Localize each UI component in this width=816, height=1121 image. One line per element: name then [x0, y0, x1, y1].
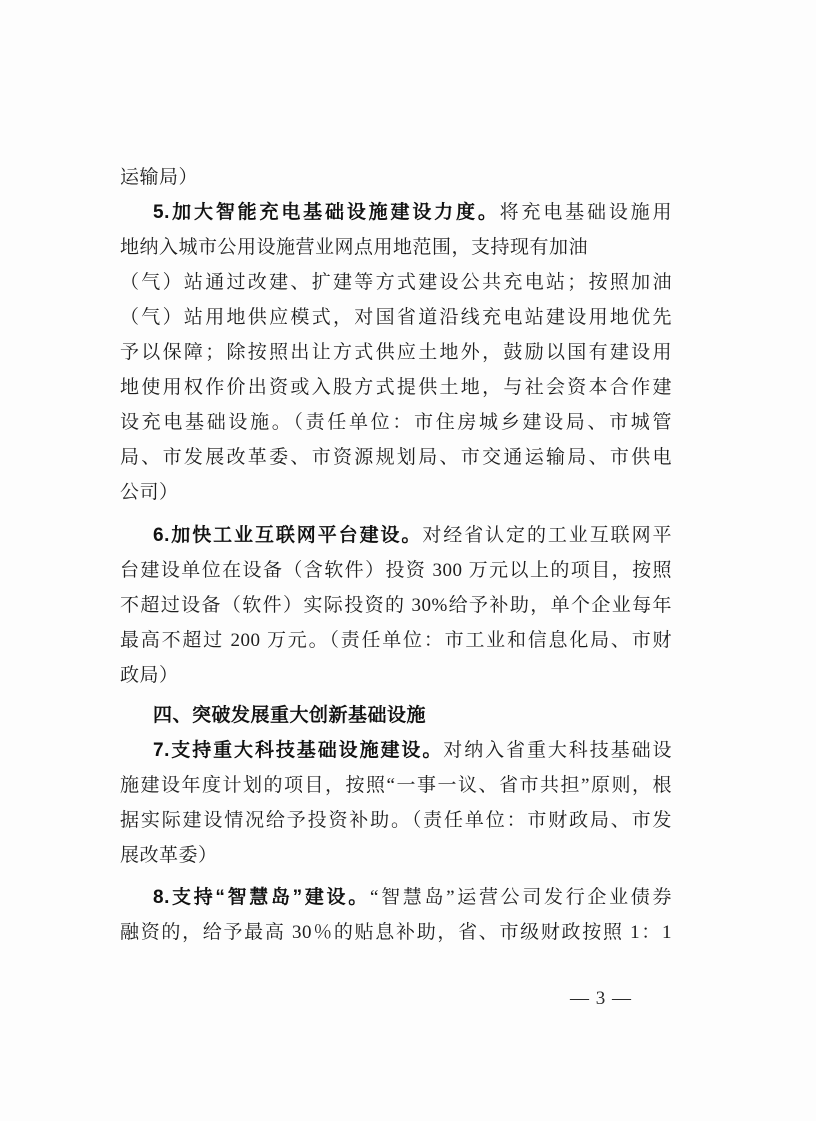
doc-line: 6.加快工业互联网平台建设。对经省认定的工业互联网平: [120, 518, 672, 553]
body-text: 台建设单位在设备（含软件）投资 300 万元以上的项目，按照: [120, 560, 672, 581]
doc-line: 8.支持“智慧岛”建设。“智慧岛”运营公司发行企业债券: [120, 880, 672, 915]
body-text: 最高不超过 200 万元。（责任单位：市工业和信息化局、市财: [120, 630, 672, 651]
body-text: 地使用权作价出资或入股方式提供土地，与社会资本合作建: [120, 377, 672, 398]
document-body: 运输局） 5.加大智能充电基础设施建设力度。将充电基础设施用 地纳入城市公用设施…: [120, 160, 672, 950]
body-text: 对经省认定的工业互联网平: [422, 525, 672, 546]
doc-line: 展改革委）: [120, 838, 672, 873]
doc-line: 不超过设备（软件）实际投资的 30%给予补助，单个企业每年: [120, 588, 672, 623]
doc-line: 7.支持重大科技基础设施建设。对纳入省重大科技基础设: [120, 733, 672, 768]
doc-line: （气）站用地供应模式，对国省道沿线充电站建设用地优先: [120, 300, 672, 335]
doc-line: 据实际建设情况给予投资补助。（责任单位：市财政局、市发: [120, 803, 672, 838]
page-number: — 3 —: [570, 988, 690, 1010]
body-text: 施建设年度计划的项目，按照“一事一议、省市共担”原则，根: [120, 775, 672, 796]
doc-line: 地使用权作价出资或入股方式提供土地，与社会资本合作建: [120, 370, 672, 405]
heading-text: 7.支持重大科技基础设施建设。: [153, 740, 443, 761]
doc-line: 5.加大智能充电基础设施建设力度。将充电基础设施用: [120, 195, 672, 230]
body-text: 局、市发展改革委、市资源规划局、市交通运输局、市供电: [120, 447, 672, 468]
heading-text: 5.加大智能充电基础设施建设力度。: [153, 202, 500, 223]
heading-text: 6.加快工业互联网平台建设。: [153, 525, 422, 546]
body-text: 运输局）: [120, 167, 198, 188]
body-text: 设充电基础设施。（责任单位：市住房城乡建设局、市城管: [120, 412, 672, 433]
doc-line section-heading: 四、突破发展重大创新基础设施: [120, 698, 672, 733]
body-text: 公司）: [120, 482, 179, 503]
body-text: “智慧岛”运营公司发行企业债券: [370, 887, 672, 908]
doc-line: 最高不超过 200 万元。（责任单位：市工业和信息化局、市财: [120, 623, 672, 658]
doc-line: 局、市发展改革委、市资源规划局、市交通运输局、市供电: [120, 440, 672, 475]
body-text: 政局）: [120, 665, 179, 686]
body-text: （气）站用地供应模式，对国省道沿线充电站建设用地优先: [120, 307, 672, 328]
body-text: 对纳入省重大科技基础设: [443, 740, 672, 761]
doc-line: 予以保障；除按照出让方式供应土地外，鼓励以国有建设用: [120, 335, 672, 370]
doc-line: 施建设年度计划的项目，按照“一事一议、省市共担”原则，根: [120, 768, 672, 803]
body-text: （气）站通过改建、扩建等方式建设公共充电站；按照加油: [120, 272, 672, 293]
heading-text: 8.支持“智慧岛”建设。: [153, 887, 370, 908]
body-text: 不超过设备（软件）实际投资的 30%给予补助，单个企业每年: [120, 595, 672, 616]
doc-line: 公司）: [120, 475, 672, 510]
doc-line: 设充电基础设施。（责任单位：市住房城乡建设局、市城管: [120, 405, 672, 440]
body-text: 展改革委）: [120, 845, 218, 866]
body-text: 融资的，给予最高 30％的贴息补助，省、市级财政按照 1：1: [120, 922, 672, 943]
body-text: 地纳入城市公用设施营业网点用地范围，支持现有加油: [120, 237, 588, 258]
doc-line: （气）站通过改建、扩建等方式建设公共充电站；按照加油: [120, 265, 672, 300]
doc-line: 运输局）: [120, 160, 672, 195]
doc-line: 台建设单位在设备（含软件）投资 300 万元以上的项目，按照: [120, 553, 672, 588]
doc-line: 地纳入城市公用设施营业网点用地范围，支持现有加油: [120, 230, 672, 265]
doc-line: 政局）: [120, 658, 672, 693]
body-text: 予以保障；除按照出让方式供应土地外，鼓励以国有建设用: [120, 342, 672, 363]
body-text: 据实际建设情况给予投资补助。（责任单位：市财政局、市发: [120, 810, 672, 831]
document-page: 运输局） 5.加大智能充电基础设施建设力度。将充电基础设施用 地纳入城市公用设施…: [0, 0, 816, 1121]
body-text: 将充电基础设施用: [500, 202, 672, 223]
doc-line: 融资的，给予最高 30％的贴息补助，省、市级财政按照 1：1: [120, 915, 672, 950]
section-heading-text: 四、突破发展重大创新基础设施: [153, 705, 426, 726]
